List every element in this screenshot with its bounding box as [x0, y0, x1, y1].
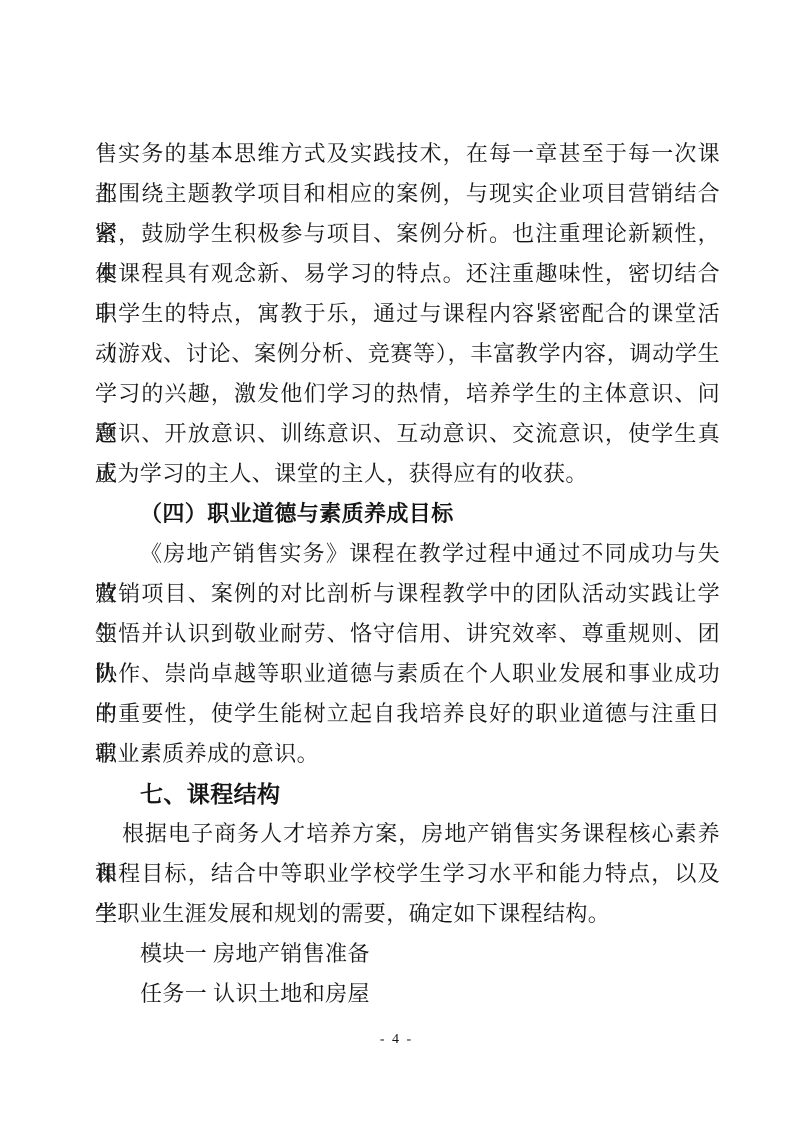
text-line: 都围绕主题教学项目和相应的案例，与现实企业项目营销结合紧	[95, 174, 720, 214]
text-line: 本课程具有观念新、易学习的特点。还注重趣味性，密切结合中	[95, 254, 720, 294]
text-line: 密，鼓励学生积极参与项目、案例分析。也注重理论新颖性，使	[95, 214, 720, 254]
text-line: 职业素质养成的意识。	[95, 734, 720, 774]
text-line: 意识、开放意识、训练意识、互动意识、交流意识，使学生真正	[95, 414, 720, 454]
text-line: 模块一 房地产销售准备	[95, 934, 720, 974]
text-line: 生职业生涯发展和规划的需要，确定如下课程结构。	[95, 894, 720, 934]
text-line: 课程目标，结合中等职业学校学生学习水平和能力特点，以及学	[95, 854, 720, 894]
text-line: （游戏、讨论、案例分析、竞赛等），丰富教学内容，调动学生	[95, 334, 720, 374]
section-heading: 七、课程结构	[95, 774, 720, 814]
text-line: 任务一 认识土地和房屋	[95, 974, 720, 1014]
text-line: 根据电子商务人才培养方案，房地产销售实务课程核心素养和	[95, 814, 720, 854]
text-line: 成为学习的主人、课堂的主人，获得应有的收获。	[95, 454, 720, 494]
document-body: 售实务的基本思维方式及实践技术，在每一章甚至于每一次课上都围绕主题教学项目和相应…	[95, 134, 720, 1014]
text-line: 《房地产销售实务》课程在教学过程中通过不同成功与失败	[95, 534, 720, 574]
text-line: 学习的兴趣，激发他们学习的热情，培养学生的主体意识、问题	[95, 374, 720, 414]
text-line: 协作、崇尚卓越等职业道德与素质在个人职业发展和事业成功中	[95, 654, 720, 694]
text-line: 职学生的特点，寓教于乐，通过与课程内容紧密配合的课堂活动	[95, 294, 720, 334]
text-line: 营销项目、案例的对比剖析与课程教学中的团队活动实践让学生	[95, 574, 720, 614]
text-line: 的重要性，使学生能树立起自我培养良好的职业道德与注重日常	[95, 694, 720, 734]
page-number: - 4 -	[0, 1032, 793, 1048]
text-line: 领悟并认识到敬业耐劳、恪守信用、讲究效率、尊重规则、团队	[95, 614, 720, 654]
section-heading: （四）职业道德与素质养成目标	[95, 494, 720, 534]
document-page: 售实务的基本思维方式及实践技术，在每一章甚至于每一次课上都围绕主题教学项目和相应…	[0, 0, 793, 1122]
text-line: 售实务的基本思维方式及实践技术，在每一章甚至于每一次课上	[95, 134, 720, 174]
